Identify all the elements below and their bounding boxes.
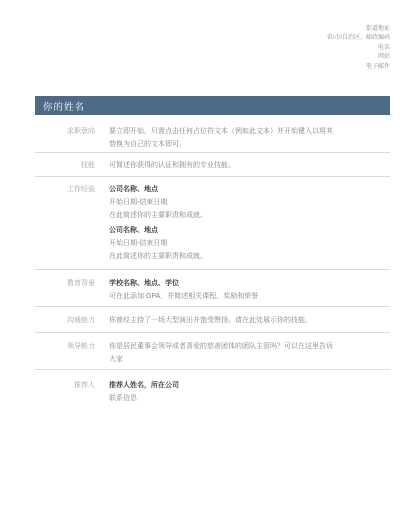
experience-dates: 开始日期-结束日期 <box>109 237 337 250</box>
section-leadership: 领导能力 你是居民董事会领导或者喜爱的慈善团体的团队主管吗？可以在这里告诉大家 <box>35 333 390 369</box>
experience-description: 在此简述你的主要职责和成就。 <box>109 250 337 263</box>
experience-description: 在此简述你的主要职责和成就。 <box>109 209 337 222</box>
contact-street-address: 街道地址 <box>327 25 390 34</box>
communication-text: 你曾经主持了一场大型演出并饱受赞扬。请在此处展示你的技能。 <box>109 314 337 327</box>
contact-email: 电子邮件 <box>327 63 390 72</box>
reference-contact: 联系信息 <box>109 392 337 405</box>
objective-text: 要立即开始，只需点击任何占位符文本（例如此文本）并开始键入以将其替换为自己的文本… <box>109 125 337 151</box>
reference-name: 推荐人姓名，所在公司 <box>109 379 337 392</box>
section-education: 教育背景 学校名称、地点、学位 可在此添加 GPA、并简述相关课程、奖励和荣誉 <box>35 270 390 306</box>
section-communication-label: 沟通能力 <box>35 314 95 327</box>
education-description: 可在此添加 GPA、并简述相关课程、奖励和荣誉 <box>109 290 337 303</box>
section-leadership-label: 领导能力 <box>35 340 95 366</box>
section-education-label: 教育背景 <box>35 277 95 303</box>
section-experience-label: 工作经验 <box>35 183 95 265</box>
skills-text: 可简述你获得的认证和拥有的专业技能。 <box>109 159 337 172</box>
contact-city-postal: 省/市/自治区、邮政编码 <box>327 34 390 43</box>
experience-entry: 公司名称、地点 开始日期-结束日期 在此简述你的主要职责和成就。 <box>109 183 337 222</box>
experience-company: 公司名称、地点 <box>109 224 337 237</box>
section-skills-label: 技能 <box>35 159 95 172</box>
section-references-label: 推荐人 <box>35 379 95 405</box>
section-skills: 技能 可简述你获得的认证和拥有的专业技能。 <box>35 153 390 176</box>
contact-block: 街道地址 省/市/自治区、邮政编码 电话 网站 电子邮件 <box>327 25 390 72</box>
name-text: 你的姓名 <box>43 99 85 113</box>
experience-company: 公司名称、地点 <box>109 183 337 196</box>
contact-phone: 电话 <box>327 44 390 53</box>
section-experience: 工作经验 公司名称、地点 开始日期-结束日期 在此简述你的主要职责和成就。 公司… <box>35 177 390 269</box>
contact-website: 网站 <box>327 53 390 62</box>
sections-container: 求职意向 要立即开始，只需点击任何占位符文本（例如此文本）并开始键入以将其替换为… <box>35 121 390 409</box>
experience-dates: 开始日期-结束日期 <box>109 196 337 209</box>
section-communication: 沟通能力 你曾经主持了一场大型演出并饱受赞扬。请在此处展示你的技能。 <box>35 307 390 332</box>
section-references: 推荐人 推荐人姓名，所在公司 联系信息 <box>35 370 390 409</box>
resume-page: 街道地址 省/市/自治区、邮政编码 电话 网站 电子邮件 你的姓名 求职意向 要… <box>0 0 400 519</box>
section-objective-label: 求职意向 <box>35 125 95 151</box>
section-objective: 求职意向 要立即开始，只需点击任何占位符文本（例如此文本）并开始键入以将其替换为… <box>35 121 390 152</box>
name-header-bar: 你的姓名 <box>35 96 390 115</box>
experience-entry: 公司名称、地点 开始日期-结束日期 在此简述你的主要职责和成就。 <box>109 224 337 263</box>
leadership-text: 你是居民董事会领导或者喜爱的慈善团体的团队主管吗？可以在这里告诉大家 <box>109 340 337 366</box>
education-school: 学校名称、地点、学位 <box>109 277 337 290</box>
